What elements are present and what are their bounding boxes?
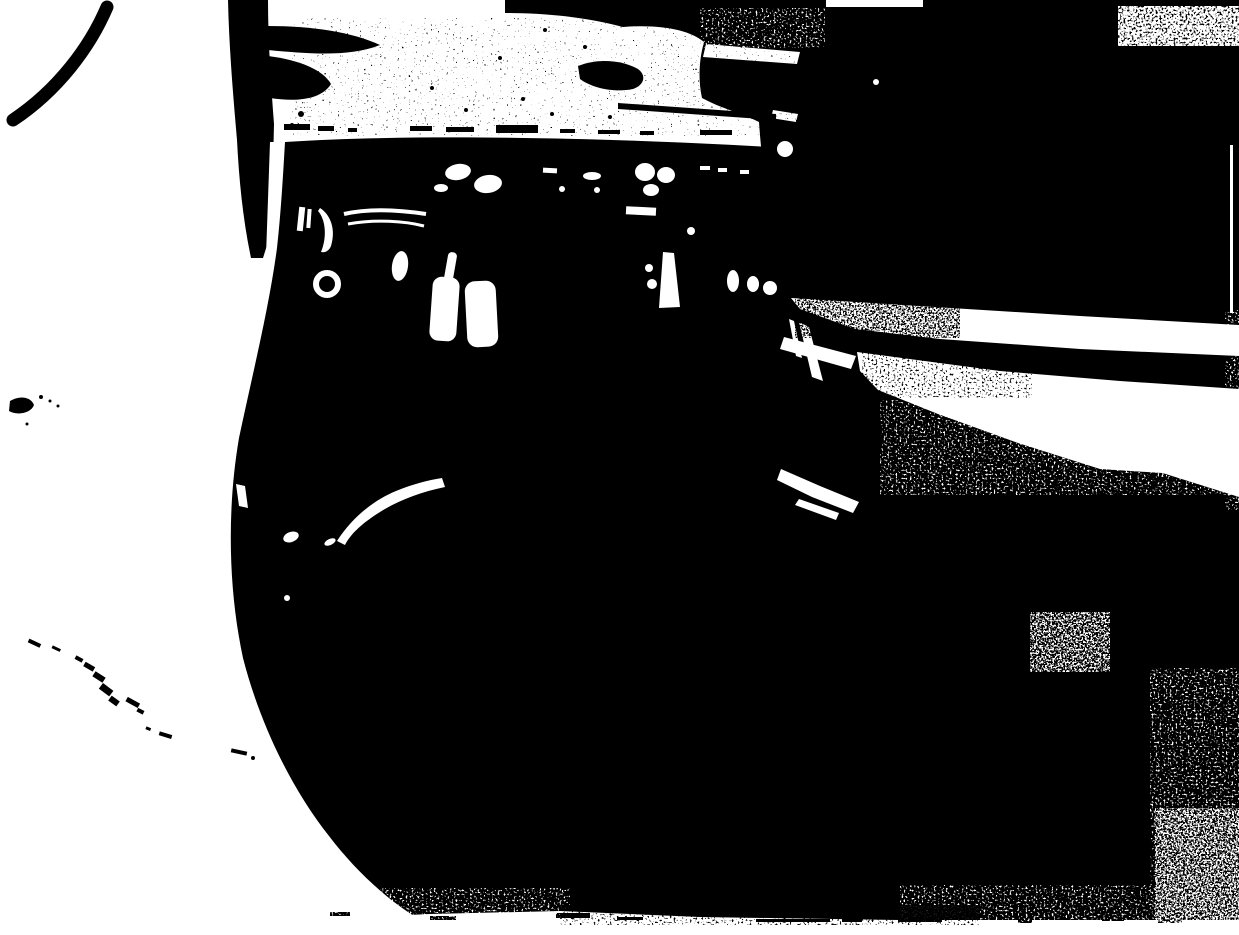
speckle-patch-dark — [862, 352, 1032, 398]
speckle-patch — [300, 888, 570, 922]
body-highlight-dot — [284, 595, 290, 601]
rim-sparkle — [777, 141, 793, 157]
rim-sparkle — [740, 170, 749, 174]
rim-sparkle — [543, 168, 557, 174]
rim-sparkle — [635, 163, 655, 181]
neck-highlight-bit — [763, 281, 777, 295]
jar-photo — [0, 0, 1239, 935]
neck-highlight-bit — [727, 270, 739, 292]
rim-sparkle — [583, 172, 601, 180]
speckle-patch — [1030, 612, 1110, 672]
speckle-patch-dark — [560, 905, 980, 925]
rim-sparkle — [700, 166, 710, 170]
rim-sparkle — [718, 168, 727, 172]
neck-highlight-bit — [647, 279, 657, 289]
neck-highlight-bit — [645, 264, 653, 272]
neck-highlight-dash — [626, 206, 656, 216]
speckle-patch — [880, 400, 1239, 495]
window-reflection-right — [464, 280, 498, 348]
neck-highlight-bit — [747, 276, 759, 292]
rim-sparkle — [594, 187, 600, 193]
top-edge-sliver — [826, 0, 923, 7]
backdrop-dot — [873, 79, 879, 85]
rim-sparkle — [434, 184, 448, 192]
rim-sparkle — [643, 184, 659, 196]
dust-speck — [39, 395, 43, 399]
speckle-patch-dark — [795, 296, 960, 338]
neck-highlight-dot — [687, 227, 695, 235]
window-reflection-left — [429, 276, 460, 342]
speckle-patch — [1225, 310, 1239, 510]
photo-canvas — [0, 0, 1239, 935]
speckle-patch — [1118, 6, 1239, 46]
rim-sparkle — [559, 186, 565, 192]
dust-speck — [49, 400, 52, 403]
speckle-patch-dark — [290, 18, 815, 136]
rim-sparkle — [657, 167, 675, 183]
dust-speck — [26, 423, 29, 426]
seam-dot — [251, 756, 255, 760]
dust-speck — [57, 405, 60, 408]
right-edge-line — [1230, 145, 1233, 313]
